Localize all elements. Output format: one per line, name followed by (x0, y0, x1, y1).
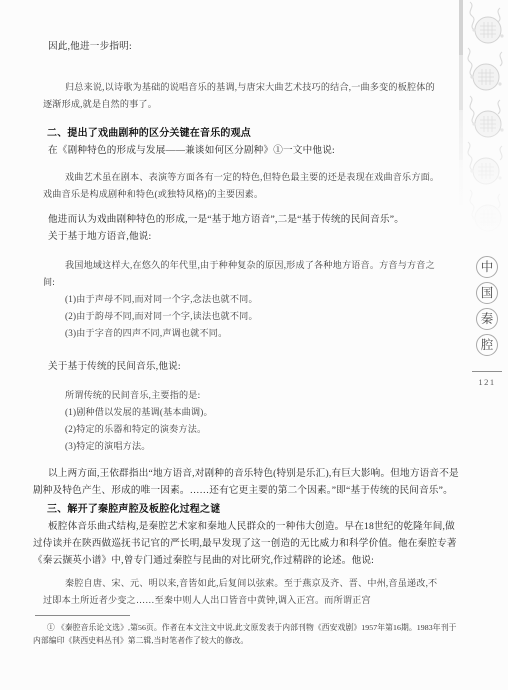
spine-char-guo: 国 (476, 282, 498, 304)
blockquote-local-speech: 我国地域这样大,在悠久的年代里,由于种种复杂的原因,形成了各种地方语音。方音与方… (43, 257, 442, 342)
ornament-border (456, 0, 508, 240)
paragraph-banqiang-creation: 板腔体音乐曲式结构,是秦腔艺术家和秦地人民群众的一种伟大创造。早在18世纪的乾隆… (33, 518, 460, 569)
blockquote-opera-music: 戏曲艺术虽在剧本、表演等方面各有一定的特色,但特色最主要的还是表现在戏曲音乐方面… (43, 169, 442, 203)
paragraph-article-ref: 在《剧种特色的形成与发展——兼谈如何区分剧种》①一文中他说: (33, 142, 460, 159)
spine-char-qin: 秦 (476, 308, 498, 330)
quote-item-2: (2)由于韵母不同,而对同一个字,读法也就不同。 (43, 308, 442, 325)
quote-item-1: (1)由于声母不同,而对同一个字,念法也就不同。 (43, 291, 442, 308)
paragraph-summary: 以上两方面,王依群指出“地方语音,对剧种的音乐特色(特别是乐汇),有巨大影响。但… (33, 465, 460, 499)
paragraph-two-bases: 他进而认为戏曲剧种特色的形成,一是“基于地方语音”,二是“基于传统的民间音乐”。 (33, 211, 460, 228)
main-text-column: 因此,他进一步指明: 归总来说,以诗歌为基础的说唱音乐的基调,与唐宋大曲艺术技巧… (33, 38, 460, 647)
blockquote-yan-changming: 秦腔自唐、宋、元、明以来,音皆如此,后复间以弦索。至于燕京及齐、晋、中州,音虽递… (43, 575, 442, 609)
paragraph-intro: 因此,他进一步指明: (33, 38, 460, 55)
book-page: 中 国 秦 腔 121 因此,他进一步指明: 归总来说,以诗歌为基础的说唱音乐的… (0, 0, 508, 690)
paragraph-folk-music-lead: 关于基于传统的民间音乐,他说: (33, 358, 460, 375)
page-number-rule (472, 371, 502, 372)
quote-lead: 所谓传统的民间音乐,主要指的是: (43, 387, 442, 404)
floral-scroll-pattern-icon (456, 0, 508, 240)
quote-item-3: (3)特定的演唱方法。 (43, 438, 442, 455)
paragraph-local-speech-lead: 关于基于地方语音,他说: (33, 228, 460, 245)
quote-text: 归总来说,以诗歌为基础的说唱音乐的基调,与唐宋大曲艺术技巧的结合,一曲多变的板腔… (43, 79, 442, 113)
footnote-divider (35, 615, 130, 616)
quote-item-1: (1)剧种借以发展的基调(基本曲调)。 (43, 404, 442, 421)
page-number: 121 (472, 377, 502, 387)
quote-item-3: (3)由于字音的四声不同,声调也就不同。 (43, 325, 442, 342)
quote-text: 戏曲艺术虽在剧本、表演等方面各有一定的特色,但特色最主要的还是表现在戏曲音乐方面… (43, 169, 442, 203)
section-heading-2: 二、提出了戏曲剧种的区分关键在音乐的观点 (33, 125, 460, 142)
quote-text: 秦腔自唐、宋、元、明以来,音皆如此,后复间以弦索。至于燕京及齐、晋、中州,音虽递… (43, 575, 442, 609)
quote-item-2: (2)特定的乐器和特定的演奏方法。 (43, 421, 442, 438)
footnote: ① 《秦腔音乐论文选》,第56页。作者在本文注文中说,此文原发表于内部刊物《西安… (33, 621, 460, 647)
spine-char-zhong: 中 (476, 256, 498, 278)
quote-lead: 我国地域这样大,在悠久的年代里,由于种种复杂的原因,形成了各种地方语音。方音与方… (43, 257, 442, 291)
blockquote-folk-music: 所谓传统的民间音乐,主要指的是: (1)剧种借以发展的基调(基本曲调)。 (2)… (43, 387, 442, 455)
section-heading-3: 三、解开了秦腔声腔及板腔化过程之谜 (33, 501, 460, 518)
spine-title: 中 国 秦 腔 (476, 256, 498, 360)
blockquote-banqiang: 归总来说,以诗歌为基础的说唱音乐的基调,与唐宋大曲艺术技巧的结合,一曲多变的板腔… (43, 79, 442, 113)
spine-char-qiang: 腔 (476, 334, 498, 356)
